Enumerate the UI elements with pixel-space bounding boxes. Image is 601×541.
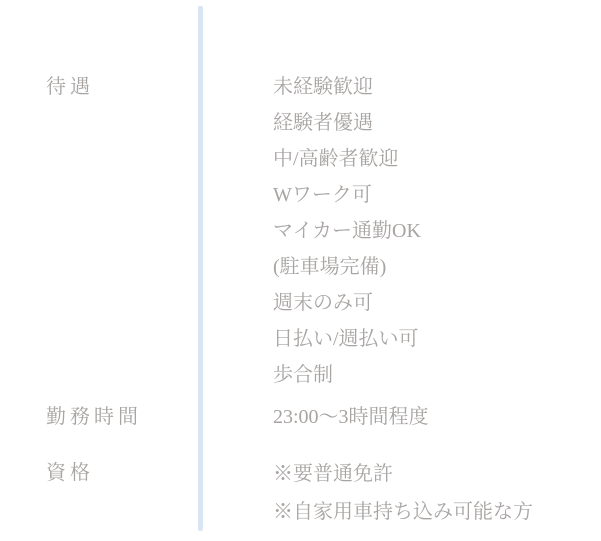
qualification-line: ※自家用車持ち込み可能な方 (273, 493, 533, 531)
row-values-benefits: 未経験歓迎 経験者優遇 中/高齢者歓迎 Wワーク可 マイカー通勤OK (駐車場完… (273, 69, 421, 393)
benefit-line: 中/高齢者歓迎 (273, 141, 421, 177)
benefit-line: 週末のみ可 (273, 285, 421, 321)
benefit-line: Wワーク可 (273, 177, 421, 213)
benefit-line: マイカー通勤OK (273, 213, 421, 249)
benefit-line: 経験者優遇 (273, 105, 421, 141)
working-hours-value: 23:00～3時間程度 (273, 399, 429, 435)
row-label-benefits: 待遇 (46, 69, 94, 105)
row-values-working-hours: 23:00～3時間程度 (273, 399, 429, 435)
row-label-qualifications: 資格 (46, 455, 94, 491)
benefit-line: 歩合制 (273, 357, 421, 393)
benefit-line: 未経験歓迎 (273, 69, 421, 105)
job-details-panel: 待遇 未経験歓迎 経験者優遇 中/高齢者歓迎 Wワーク可 マイカー通勤OK (駐… (0, 0, 601, 541)
qualification-line: ※要普通免許 (273, 455, 533, 493)
benefit-line: (駐車場完備) (273, 249, 421, 285)
row-values-qualifications: ※要普通免許 ※自家用車持ち込み可能な方 (273, 455, 533, 531)
benefit-line: 日払い/週払い可 (273, 321, 421, 357)
vertical-divider (198, 6, 203, 531)
row-label-working-hours: 勤務時間 (46, 399, 142, 435)
